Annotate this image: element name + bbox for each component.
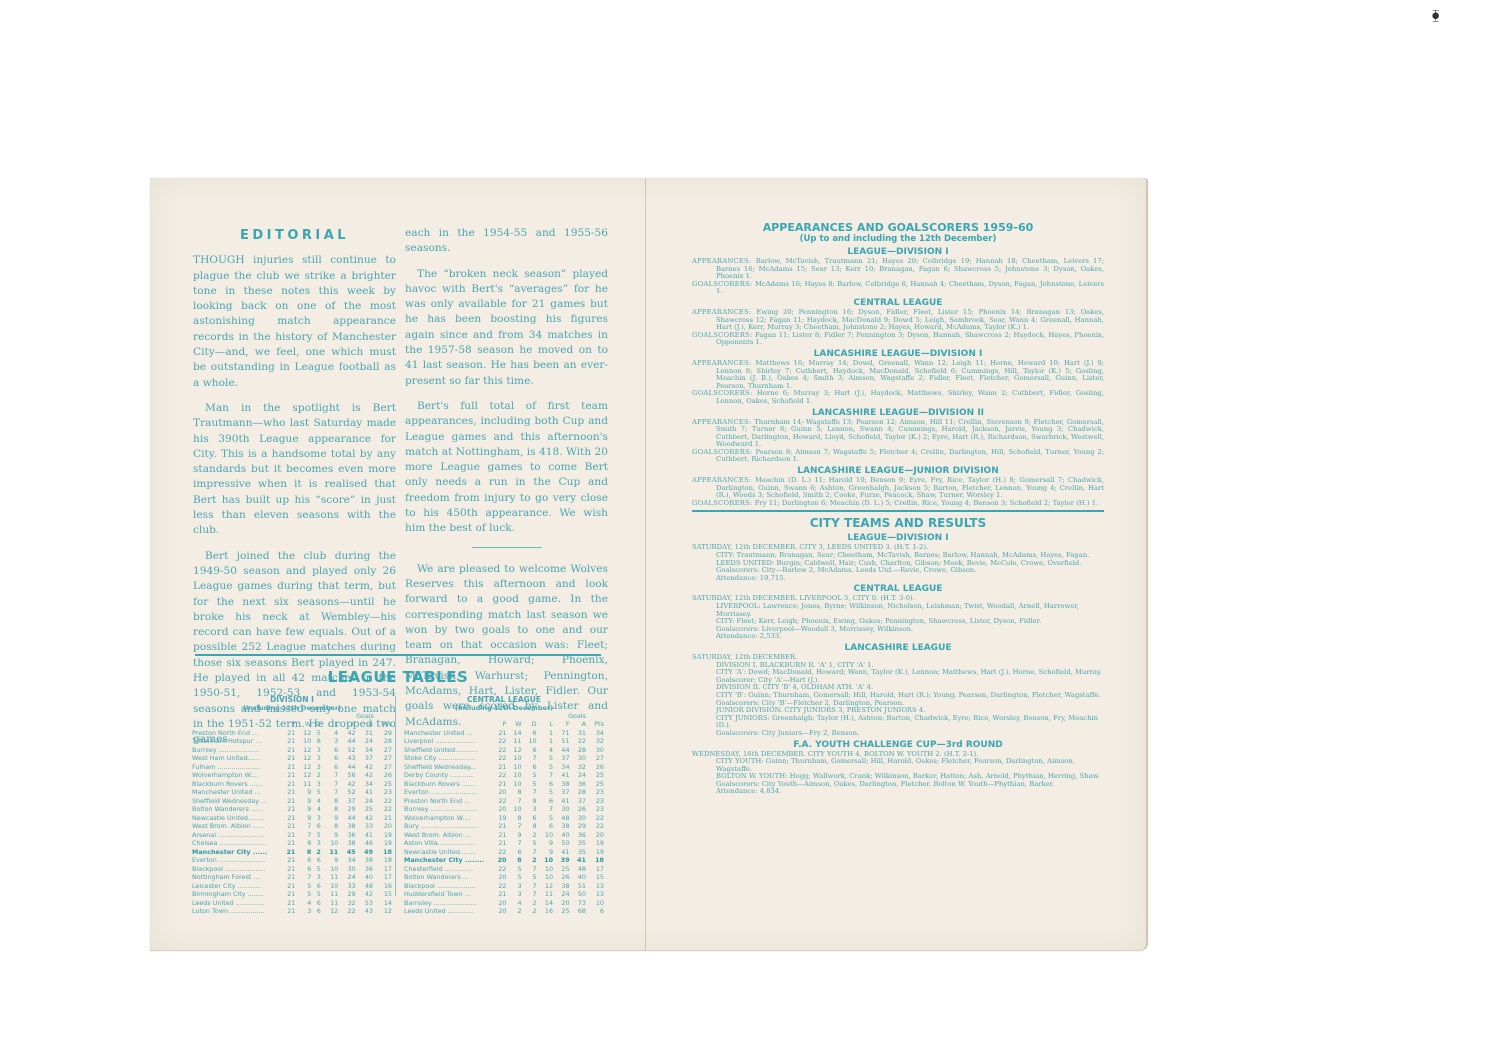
stat-cell: 7 [295, 873, 311, 882]
stat-cell: 40 [356, 873, 373, 882]
table-row: Newcastle United........21939444221 [192, 814, 392, 823]
stat-cell: 42 [338, 729, 355, 738]
stat-cell: 28 [373, 737, 392, 746]
stat-cell: 22 [490, 882, 506, 891]
stat-cell: 2 [522, 831, 537, 840]
match-detail: CITY YOUTH: Guinn; Thurnham, Gomersall; … [692, 758, 1104, 773]
stat-cell: 42 [356, 890, 373, 899]
stat-cell: 26 [586, 763, 604, 772]
match-detail: Attendance: 4,834. [692, 788, 1104, 796]
stat-cell: 27 [373, 763, 392, 772]
stat-cell: 5 [522, 771, 537, 780]
stat-cell: 44 [338, 763, 355, 772]
stat-cell: 5 [311, 831, 321, 840]
stat-cell: 21 [278, 797, 295, 806]
team-name: Arsenal ....................... [192, 831, 278, 840]
stat-cell: 52 [338, 788, 355, 797]
stat-cell: 17 [373, 873, 392, 882]
stat-cell: 6 [321, 763, 338, 772]
table-row: Huddersfield Town ...213711245013 [404, 890, 604, 899]
table-row: Luton Town .................213612224312 [192, 907, 392, 916]
column-header: F [338, 720, 355, 729]
stat-cell: 11 [537, 890, 553, 899]
stat-cell: 3 [321, 737, 338, 746]
team-name: West Ham United...... [192, 754, 278, 763]
stat-cell: 8 [506, 856, 521, 865]
stat-cell: 8 [295, 839, 311, 848]
stat-cell: 44 [553, 746, 569, 755]
stat-cell: 29 [373, 729, 392, 738]
stat-cell: 21 [490, 839, 506, 848]
table-row: Aston Villa...................2175950351… [404, 839, 604, 848]
stat-cell: 53 [356, 899, 373, 908]
stat-cell: 35 [570, 848, 586, 857]
table-row: Blackburn Rovers ......211137423425 [192, 780, 392, 789]
table-row: Leeds United ..............214611325314 [192, 899, 392, 908]
stat-cell: 22 [490, 754, 506, 763]
stat-cell: 6 [295, 865, 311, 874]
stat-cell: 17 [586, 865, 604, 874]
match-detail: LIVERPOOL: Lawrence; Jones, Byrne; Wilki… [692, 603, 1104, 618]
column-header: D [522, 720, 537, 729]
league-tables-rule [195, 654, 601, 656]
team-name: Preston North End ... [192, 729, 278, 738]
match-detail: Goalscorers: City Juniors—Fry 2, Benson. [692, 730, 1104, 738]
stat-cell: 26 [553, 873, 569, 882]
entry-text: Horne 6; Murray 3; Hart (J.), Haydock, M… [716, 389, 1104, 405]
match-detail: Attendance: 19,715. [692, 575, 1104, 583]
stat-cell: 3 [522, 805, 537, 814]
stat-cell: 51 [570, 882, 586, 891]
stat-cell: 5 [537, 754, 553, 763]
section-heading: F.A. YOUTH CHALLENGE CUP—3rd ROUND [692, 739, 1104, 751]
stat-cell: 7 [522, 865, 537, 874]
stat-cell: 2 [522, 907, 537, 916]
stat-cell: 7 [295, 831, 311, 840]
stat-cell: 10 [537, 831, 553, 840]
league-tables-title: LEAGUE TABLES [195, 668, 601, 686]
stat-cell: 44 [338, 814, 355, 823]
team-name: Wolverhampton W.... [404, 814, 490, 823]
stat-cell: 42 [356, 763, 373, 772]
stat-cell: 7 [537, 771, 553, 780]
team-name: Newcastle United........ [192, 814, 278, 823]
stat-cell: 21 [278, 865, 295, 874]
stat-cell: 20 [553, 899, 569, 908]
stat-cell: 25 [373, 780, 392, 789]
stat-cell: 21 [278, 737, 295, 746]
team-name: Blackburn Rovers ...... [192, 780, 278, 789]
entry-text: Meachin (D. L.) 11; Harold 10; Benson 9;… [716, 476, 1104, 499]
stat-cell: 10 [321, 865, 338, 874]
table-row: Bolton Wanderers ......21948292522 [192, 805, 392, 814]
stat-cell: 21 [373, 814, 392, 823]
team-name: Sheffield Wednesday... [404, 763, 490, 772]
stat-cell: 6 [311, 882, 321, 891]
stat-cell: 37 [570, 797, 586, 806]
table-row: West Brom. Albion ...219210403620 [404, 831, 604, 840]
stat-cell: 24 [356, 737, 373, 746]
stat-cell: 6 [321, 746, 338, 755]
column-header: W [506, 720, 521, 729]
stat-cell: 22 [586, 814, 604, 823]
editorial-paragraph: Man in the spotlight is Bert Trautmann—w… [193, 401, 396, 539]
stat-cell: 19 [586, 839, 604, 848]
stat-cell: 10 [506, 771, 521, 780]
stat-cell: 20 [490, 873, 506, 882]
stat-cell: 19 [373, 831, 392, 840]
team-name: Leicester City ............ [192, 882, 278, 891]
stat-cell: 5 [522, 839, 537, 848]
stat-cell: 26 [570, 805, 586, 814]
stat-cell: 3 [506, 890, 521, 899]
column-header: D [311, 720, 321, 729]
stat-cell: 48 [553, 814, 569, 823]
stat-cell: 4 [506, 899, 521, 908]
stat-cell: 10 [506, 763, 521, 772]
table-subtitle: (Including 12th December) [404, 704, 604, 712]
stat-cell: 15 [586, 873, 604, 882]
stat-cell: 9 [321, 831, 338, 840]
team-name: West Brom. Albion ...... [192, 822, 278, 831]
stat-cell: 6 [522, 729, 537, 738]
table-header-row: PWDLFAPts [404, 720, 604, 729]
stat-cell: 7 [522, 754, 537, 763]
stat-cell: 21 [490, 780, 506, 789]
stat-cell: 3 [295, 907, 311, 916]
stat-cell: 56 [338, 771, 355, 780]
stat-cell: 5 [311, 729, 321, 738]
stat-cell: 34 [338, 856, 355, 865]
stat-cell: 24 [356, 797, 373, 806]
team-name: Barnsley ..................... [404, 899, 490, 908]
stat-cell: 3 [311, 780, 321, 789]
stats-entry: GOALSCORERS: Pearson 8; Aimson 7; Wagsta… [692, 449, 1104, 464]
stat-cell: 5 [537, 763, 553, 772]
column-header: P [490, 720, 506, 729]
stat-cell: 22 [490, 771, 506, 780]
stat-cell: 9 [506, 831, 521, 840]
division-1-table: DIVISION I (Including 12th December) Goa… [192, 696, 392, 916]
stat-cell: 45 [338, 848, 355, 857]
stat-cell: 2 [522, 856, 537, 865]
table-row: Sheffield Wednesday...211065343226 [404, 763, 604, 772]
stat-cell: 20 [490, 805, 506, 814]
stat-cell: 26 [373, 771, 392, 780]
tables-divider [395, 696, 396, 896]
team-name: Sheffield Wednesday ... [192, 797, 278, 806]
stat-cell: 36 [570, 831, 586, 840]
stat-cell: 20 [490, 907, 506, 916]
stat-cell: 10 [522, 737, 537, 746]
stat-cell: 12 [295, 729, 311, 738]
stat-cell: 7 [506, 822, 521, 831]
table-row: Blackburn Rovers .......211056383625 [404, 780, 604, 789]
stat-cell: 18 [586, 856, 604, 865]
stat-cell: 6 [522, 814, 537, 823]
table-row: Sheffield United...........221264442830 [404, 746, 604, 755]
stat-cell: 38 [553, 882, 569, 891]
appearances-page: APPEARANCES AND GOALSCORERS 1959-60 (Up … [692, 221, 1104, 796]
stat-cell: 41 [553, 797, 569, 806]
team-name: Chesterfield .............. [404, 865, 490, 874]
stat-cell: 5 [506, 865, 521, 874]
table-row: Burnley ....................211236523427 [192, 746, 392, 755]
stat-cell: 16 [537, 907, 553, 916]
table-row: Newcastle United........22679413519 [404, 848, 604, 857]
column-header: W [295, 720, 311, 729]
stats-entry: APPEARANCES: Ewing 20; Pennington 16; Dy… [692, 309, 1104, 332]
stat-cell: 6 [311, 822, 321, 831]
page-fold [645, 178, 646, 950]
stat-cell: 11 [321, 873, 338, 882]
stats-entry: APPEARANCES: Meachin (D. L.) 11; Harold … [692, 477, 1104, 500]
entry-text: Barlow, McTavish, Trautmann 21; Hayes 20… [716, 257, 1104, 280]
stat-cell: 49 [356, 848, 373, 857]
stat-cell: 13 [586, 890, 604, 899]
stat-cell: 21 [490, 729, 506, 738]
table-row: Manchester United ...211461713134 [404, 729, 604, 738]
editorial-paragraph: each in the 1954-55 and 1955-56 seasons. [405, 226, 608, 257]
team-name: Stoke City .................. [404, 754, 490, 763]
stat-cell: 6 [295, 856, 311, 865]
team-name: Blackpool ................... [404, 882, 490, 891]
team-name: Blackburn Rovers ....... [404, 780, 490, 789]
stat-cell: 7 [522, 788, 537, 797]
column-header: A [570, 720, 586, 729]
stat-cell: 22 [490, 848, 506, 857]
stat-cell: 22 [338, 907, 355, 916]
table-row: Wolverhampton W....211227564226 [192, 771, 392, 780]
stat-cell: 23 [586, 805, 604, 814]
stat-cell: 29 [338, 805, 355, 814]
stat-cell: 6 [506, 848, 521, 857]
stat-cell: 7 [295, 822, 311, 831]
stat-cell: 12 [295, 754, 311, 763]
stat-cell: 21 [278, 856, 295, 865]
stat-cell: 19 [490, 814, 506, 823]
editorial-column-2: each in the 1954-55 and 1955-56 seasons.… [405, 226, 608, 740]
team-name: Bury ............................ [404, 822, 490, 831]
stat-cell: 41 [553, 848, 569, 857]
stat-cell: 5 [311, 890, 321, 899]
stat-cell: 42 [356, 814, 373, 823]
team-name: Derby County ............ [404, 771, 490, 780]
stat-cell: 37 [356, 754, 373, 763]
appearances-subtitle: (Up to and including the 12th December) [692, 234, 1104, 245]
stat-cell: 21 [490, 822, 506, 831]
stat-cell: 20 [373, 822, 392, 831]
stat-cell: 48 [570, 865, 586, 874]
column-header [404, 720, 490, 729]
stat-cell: 2 [311, 848, 321, 857]
stat-cell: 22 [490, 865, 506, 874]
stat-cell: 38 [553, 822, 569, 831]
team-name: Birmingham City ........ [192, 890, 278, 899]
goals-label: Goals [192, 712, 392, 720]
stat-cell: 10 [537, 865, 553, 874]
stat-cell: 23 [586, 788, 604, 797]
stat-cell: 10 [537, 873, 553, 882]
table-row: Nottingham Forest ...217311244017 [192, 873, 392, 882]
stat-cell: 42 [356, 771, 373, 780]
central-league-table: CENTRAL LEAGUE (Including 12th December)… [404, 696, 604, 916]
table-row: Preston North End ...211254423129 [192, 729, 392, 738]
stat-cell: 30 [570, 814, 586, 823]
stat-cell: 21 [278, 839, 295, 848]
stat-cell: 30 [570, 754, 586, 763]
column-header: Pts [373, 720, 392, 729]
stat-cell: 23 [586, 797, 604, 806]
stat-cell: 46 [356, 839, 373, 848]
stat-cell: 21 [278, 890, 295, 899]
stat-cell: 24 [553, 890, 569, 899]
editorial-paragraph: THOUGH injuries still continue to plague… [193, 253, 396, 391]
stat-cell: 3 [311, 814, 321, 823]
column-header: L [537, 720, 553, 729]
table-row: Blackpool ...................22371238511… [404, 882, 604, 891]
stat-cell: 73 [570, 899, 586, 908]
stat-cell: 30 [338, 865, 355, 874]
stat-cell: 6 [321, 754, 338, 763]
stat-cell: 21 [278, 814, 295, 823]
column-header: Pts [586, 720, 604, 729]
stat-cell: 3 [311, 754, 321, 763]
stat-cell: 10 [321, 839, 338, 848]
stat-cell: 27 [586, 754, 604, 763]
stat-cell: 34 [356, 780, 373, 789]
stats-entry: APPEARANCES: Matthews 16; Murray 14; Dow… [692, 360, 1104, 390]
stat-cell: 48 [356, 882, 373, 891]
stat-cell: 7 [537, 805, 553, 814]
stat-cell: 30 [553, 805, 569, 814]
stat-cell: 2 [522, 899, 537, 908]
section-rule [692, 510, 1104, 512]
stat-cell: 21 [278, 882, 295, 891]
stat-cell: 30 [586, 746, 604, 755]
stat-cell: 4 [311, 797, 321, 806]
stat-cell: 5 [522, 873, 537, 882]
stat-cell: 25 [586, 780, 604, 789]
stat-cell: 12 [295, 746, 311, 755]
editorial-paragraph: Bert's full total of first team appearan… [405, 399, 608, 537]
stat-cell: 12 [321, 907, 338, 916]
stat-cell: 11 [506, 737, 521, 746]
stat-cell: 27 [373, 746, 392, 755]
stat-cell: 32 [338, 899, 355, 908]
stat-cell: 9 [295, 797, 311, 806]
stat-cell: 34 [553, 763, 569, 772]
table-row: Chesterfield ..............225710254817 [404, 865, 604, 874]
team-name: Everton ....................... [192, 856, 278, 865]
stat-cell: 9 [522, 797, 537, 806]
stats-entry: APPEARANCES: Thurnham 14; Wagstaffe 13; … [692, 419, 1104, 449]
stat-cell: 14 [537, 899, 553, 908]
stat-cell: 22 [373, 805, 392, 814]
stat-cell: 14 [373, 899, 392, 908]
team-name: Manchester United ... [192, 788, 278, 797]
stat-cell: 2 [311, 771, 321, 780]
team-name: Nottingham Forest ... [192, 873, 278, 882]
stat-cell: 21 [278, 907, 295, 916]
stat-cell: 38 [338, 839, 355, 848]
team-name: Everton ....................... [404, 788, 490, 797]
entry-text: Ewing 20; Pennington 16; Dyson, Fidler, … [716, 308, 1104, 331]
stat-cell: 20 [490, 856, 506, 865]
stat-cell: 20 [490, 899, 506, 908]
team-name: Newcastle United........ [404, 848, 490, 857]
stat-cell: 9 [321, 856, 338, 865]
stat-cell: 41 [570, 856, 586, 865]
stat-cell: 24 [570, 771, 586, 780]
stat-cell: 10 [586, 899, 604, 908]
column-header: A [356, 720, 373, 729]
stat-cell: 10 [506, 805, 521, 814]
entry-text: Fry 11; Darlington 6; Meachin (D. L.) 5;… [755, 499, 1098, 507]
team-name: Chelsea ....................... [192, 839, 278, 848]
stat-cell: 71 [553, 729, 569, 738]
match-detail: Attendance: 2,533. [692, 633, 1104, 641]
stat-cell: 25 [586, 771, 604, 780]
stat-cell: 11 [321, 899, 338, 908]
stat-cell: 68 [570, 907, 586, 916]
stat-cell: 6 [311, 856, 321, 865]
section-divider [472, 547, 542, 548]
stat-cell: 20 [586, 831, 604, 840]
column-header: L [321, 720, 338, 729]
stat-cell: 19 [586, 848, 604, 857]
stat-cell: 21 [490, 831, 506, 840]
stat-cell: 4 [537, 746, 553, 755]
stat-cell: 21 [278, 848, 295, 857]
stat-cell: 23 [373, 788, 392, 797]
stat-cell: 21 [278, 780, 295, 789]
column-header [192, 720, 278, 729]
stat-cell: 37 [338, 797, 355, 806]
stat-cell: 37 [553, 754, 569, 763]
stat-cell: 22 [490, 746, 506, 755]
standings-table: PWDLFAPtsManchester United ...2114617131… [404, 720, 604, 916]
league-tables: DIVISION I (Including 12th December) Goa… [192, 696, 604, 896]
stat-cell: 21 [278, 763, 295, 772]
stat-cell: 5 [537, 788, 553, 797]
stats-entry: GOALSCORERS: Fagan 11; Lister 8; Fidler … [692, 332, 1104, 347]
stat-cell: 5 [295, 890, 311, 899]
stat-cell: 3 [311, 763, 321, 772]
stat-cell: 9 [537, 839, 553, 848]
stats-entry: GOALSCORERS: Fry 11; Darlington 6; Meach… [692, 500, 1104, 508]
goals-label: Goals [404, 712, 604, 720]
stat-cell: 28 [570, 746, 586, 755]
stat-cell: 6 [311, 899, 321, 908]
table-row: Manchester City ......218211454918 [192, 848, 392, 857]
stat-cell: 7 [321, 788, 338, 797]
table-row: Burnley .......................201037302… [404, 805, 604, 814]
stat-cell: 12 [506, 746, 521, 755]
stat-cell: 21 [490, 763, 506, 772]
standings-table: PWDLFAPtsPreston North End ...2112544231… [192, 720, 392, 916]
stat-cell: 7 [522, 882, 537, 891]
stat-cell: 43 [356, 907, 373, 916]
stat-cell: 31 [356, 729, 373, 738]
stat-cell: 25 [553, 907, 569, 916]
stat-cell: 5 [311, 788, 321, 797]
results-title: CITY TEAMS AND RESULTS [692, 516, 1104, 531]
stat-cell: 21 [278, 729, 295, 738]
stat-cell: 35 [570, 839, 586, 848]
table-row: Derby County ............221057412425 [404, 771, 604, 780]
stat-cell: 3 [311, 746, 321, 755]
